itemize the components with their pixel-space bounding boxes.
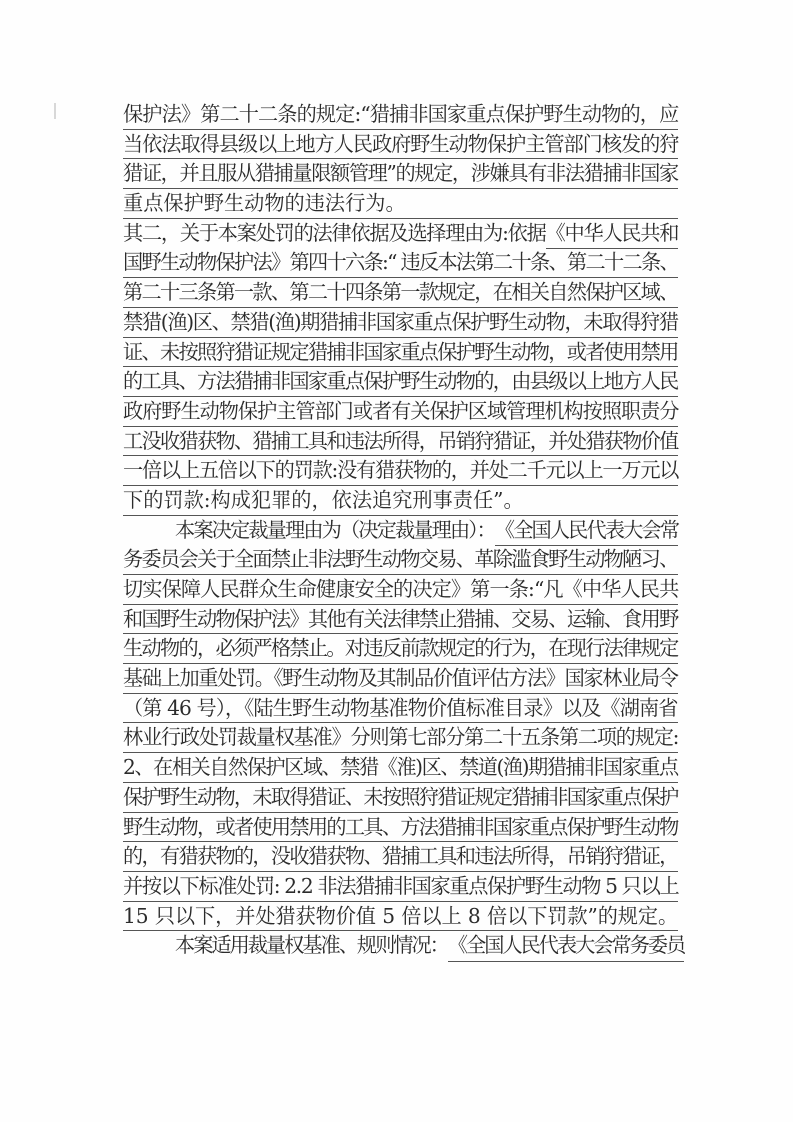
underlined-text: 第二十三条第一款、第二十四条第一款规定，在相关自然保护区域、 (123, 280, 678, 304)
plain-text: 本案决定裁量理由为（决定裁量理由）： (175, 518, 495, 542)
underlined-text: 林业行政处罚裁量权基准》分则第七部分第二十五条第二项的规定: (123, 725, 678, 749)
underlined-text: 下的罚款:构成犯罪的，依法追究刑事责任”。 (123, 488, 524, 512)
text-line: （第 46 号），《陆生野生动物基准物价值标准目录》以及《湖南省 (123, 694, 678, 724)
underlined-text: 15 只以下，并处猎获物价值 5 倍以上 8 倍以下罚款”的规定。 (123, 904, 678, 928)
text-line: 禁猎(渔)区、禁猎(渔)期猎捕非国家重点保护野生动物，未取得狩猎 (123, 308, 678, 338)
underlined-text: 并按以下标准处罚: 2.2 非法猎捕非国家重点保护野生动物 5 只以上 (123, 874, 678, 898)
underlined-text: 《全国人民代表大会常 (495, 516, 678, 547)
document-page: 保护法》第二十二条的规定:“猎捕非国家重点保护野生动物的，应当依法取得县级以上地… (0, 0, 793, 1122)
text-line: 政府野生动物保护主管部门或者有关保护区域管理机构按照职责分 (123, 397, 678, 427)
underlined-text: 野生动物，或者使用禁用的工具、方法猎捕非国家重点保护野生动物 (123, 815, 678, 839)
underlined-text: 重点保护野生动物的违法行为。 (123, 191, 406, 215)
document-body: 保护法》第二十二条的规定:“猎捕非国家重点保护野生动物的，应当依法取得县级以上地… (123, 100, 678, 961)
underlined-text: 的，有猎获物的，没收猎获物、猎捕工具和违法所得，吊销狩猎证， (123, 844, 678, 868)
underlined-text: 一倍以上五倍以下的罚款:没有猎获物的，并处二千元以上一万元以 (123, 458, 678, 482)
plain-text: 其二，关于本案处罚的法律依据及选择理由为:依据 (123, 221, 546, 245)
underlined-text: 务委员会关于全面禁止非法野生动物交易、革除滥食野生动物陋习、 (123, 547, 678, 571)
text-line: 国野生动物保护法》第四十六条:“ 违反本法第二十条、第二十二条、 (123, 248, 678, 278)
text-line: 2、在相关自然保护区域、禁猎《淮)区、禁道(渔)期猎捕非国家重点 (123, 753, 678, 783)
underlined-text: 工没收猎获物、猎捕工具和违法所得，吊销狩猎证，并处猎获物价值 (123, 429, 678, 453)
underlined-text: 《全国人民代表大会常务委员 (448, 931, 684, 962)
underlined-text: 《中华人民共和 (546, 219, 679, 250)
text-line: 工没收猎获物、猎捕工具和违法所得，吊销狩猎证，并处猎获物价值 (123, 427, 678, 457)
text-line: 和国野生动物保护法》其他有关法律禁止猎捕、交易、运输、食用野 (123, 605, 678, 635)
underlined-text: 证、未按照狩猎证规定猎捕非国家重点保护野生动物，或者使用禁用 (123, 340, 678, 364)
underlined-text: 基础上加重处罚。《野生动物及其制品价值评估方法》国家林业局令 (123, 666, 678, 690)
text-line: 生动物的，必须严格禁止。对违反前款规定的行为，在现行法律规定 (123, 634, 678, 664)
text-line: 本案适用裁量权基准、规则情况：《全国人民代表大会常务委员 (123, 931, 678, 961)
text-line: 猎证，并且服从猎捕量限额管理”的规定，涉嫌具有非法猎捕非国家 (123, 159, 678, 189)
text-line: 本案决定裁量理由为（决定裁量理由）：《全国人民代表大会常 (123, 516, 678, 546)
text-line: 务委员会关于全面禁止非法野生动物交易、革除滥食野生动物陋习、 (123, 545, 678, 575)
underlined-text: 2、在相关自然保护区域、禁猎《淮)区、禁道(渔)期猎捕非国家重点 (123, 755, 678, 779)
text-line: 并按以下标准处罚: 2.2 非法猎捕非国家重点保护野生动物 5 只以上 (123, 872, 678, 902)
underlined-text: 猎证，并且服从猎捕量限额管理”的规定，涉嫌具有非法猎捕非国家 (123, 161, 678, 185)
text-line: 第二十三条第一款、第二十四条第一款规定，在相关自然保护区域、 (123, 278, 678, 308)
underlined-text: 保护法》第二十二条的规定:“猎捕非国家重点保护野生动物的，应 (123, 102, 678, 126)
underlined-text: 国野生动物保护法》第四十六条:“ 违反本法第二十条、第二十二条、 (123, 250, 678, 274)
text-line: 15 只以下，并处猎获物价值 5 倍以上 8 倍以下罚款”的规定。 (123, 902, 678, 932)
underlined-text: 保护野生动物，未取得猎证、未按照狩猎证规定猎捕非国家重点保护 (123, 785, 678, 809)
binding-margin-mark (54, 103, 56, 119)
text-line: 的工具、方法猎捕非国家重点保护野生动物的，由县级以上地方人民 (123, 367, 678, 397)
text-line: 其二，关于本案处罚的法律依据及选择理由为:依据《中华人民共和 (123, 219, 678, 249)
underlined-text: 和国野生动物保护法》其他有关法律禁止猎捕、交易、运输、食用野 (123, 607, 678, 631)
text-line: 下的罚款:构成犯罪的，依法追究刑事责任”。 (123, 486, 678, 516)
text-line: 林业行政处罚裁量权基准》分则第七部分第二十五条第二项的规定: (123, 723, 678, 753)
plain-text: 本案适用裁量权基准、规则情况： (175, 933, 448, 957)
underlined-text: （第 46 号），《陆生野生动物基准物价值标准目录》以及《湖南省 (123, 696, 678, 720)
text-line: 基础上加重处罚。《野生动物及其制品价值评估方法》国家林业局令 (123, 664, 678, 694)
text-line: 的，有猎获物的，没收猎获物、猎捕工具和违法所得，吊销狩猎证， (123, 842, 678, 872)
underlined-text: 的工具、方法猎捕非国家重点保护野生动物的，由县级以上地方人民 (123, 369, 678, 393)
text-line: 一倍以上五倍以下的罚款:没有猎获物的，并处二千元以上一万元以 (123, 456, 678, 486)
underlined-text: 切实保障人民群众生命健康安全的决定》第一条:“凡《中华人民共 (123, 577, 678, 601)
text-line: 野生动物，或者使用禁用的工具、方法猎捕非国家重点保护野生动物 (123, 813, 678, 843)
text-line: 保护法》第二十二条的规定:“猎捕非国家重点保护野生动物的，应 (123, 100, 678, 130)
text-line: 证、未按照狩猎证规定猎捕非国家重点保护野生动物，或者使用禁用 (123, 338, 678, 368)
underlined-text: 当依法取得县级以上地方人民政府野生动物保护主管部门核发的狩 (123, 132, 678, 156)
text-line: 保护野生动物，未取得猎证、未按照狩猎证规定猎捕非国家重点保护 (123, 783, 678, 813)
underlined-text: 政府野生动物保护主管部门或者有关保护区域管理机构按照职责分 (123, 399, 678, 423)
text-line: 重点保护野生动物的违法行为。 (123, 189, 678, 219)
underlined-text: 禁猎(渔)区、禁猎(渔)期猎捕非国家重点保护野生动物，未取得狩猎 (123, 310, 678, 334)
text-line: 切实保障人民群众生命健康安全的决定》第一条:“凡《中华人民共 (123, 575, 678, 605)
text-line: 当依法取得县级以上地方人民政府野生动物保护主管部门核发的狩 (123, 130, 678, 160)
underlined-text: 生动物的，必须严格禁止。对违反前款规定的行为，在现行法律规定 (123, 636, 678, 660)
